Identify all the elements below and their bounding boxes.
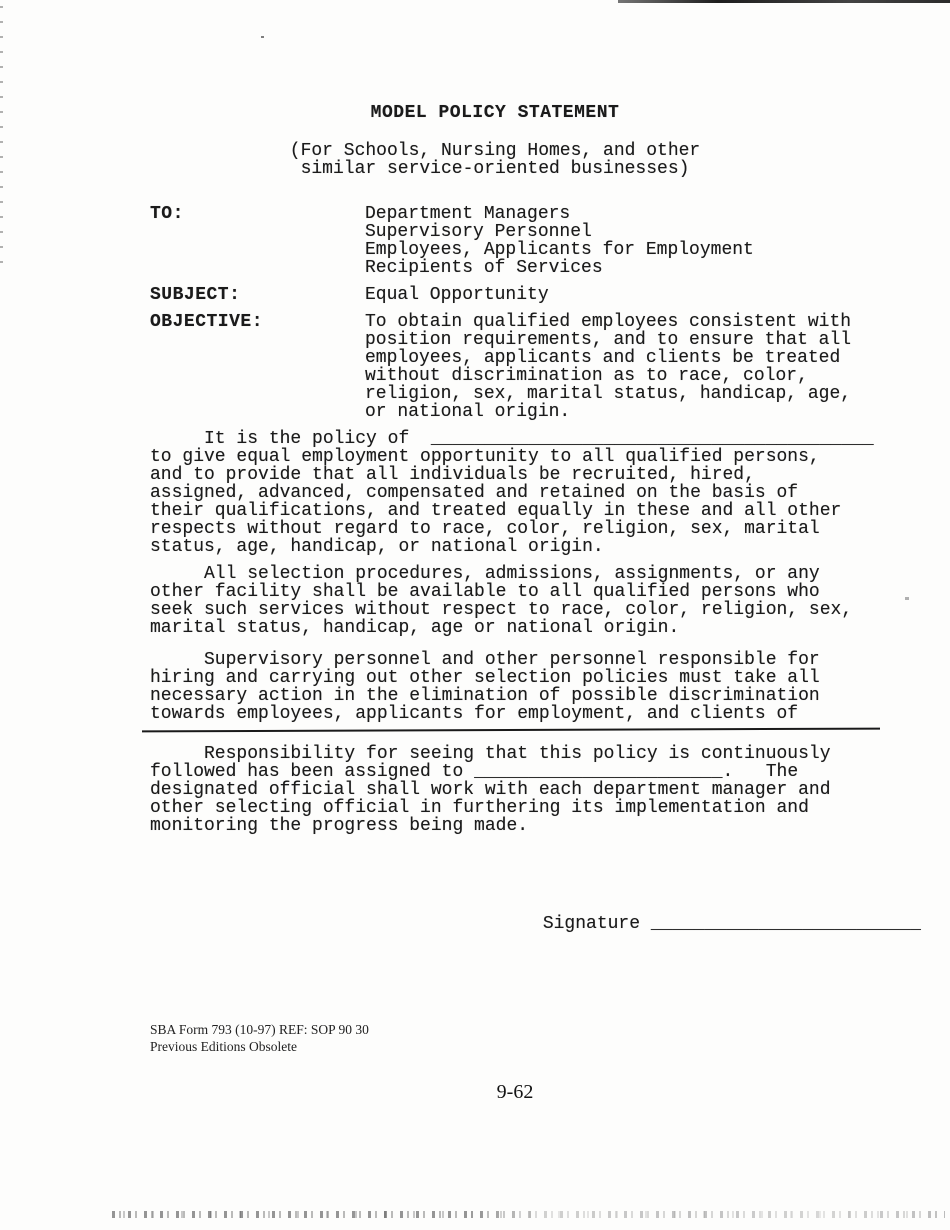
to-value: Department Managers Supervisory Personne… (365, 205, 880, 277)
responsibility-paragraph-body: designated official shall work with each… (150, 781, 880, 835)
page-number: 9-62 (150, 1083, 880, 1101)
to-label: TO: (150, 205, 365, 223)
policy-paragraph-body: to give equal employment opportunity to … (150, 448, 880, 556)
section-divider (142, 728, 880, 733)
page-title: MODEL POLICY STATEMENT (150, 104, 840, 122)
responsibility-line-1: Responsibility for seeing that this poli… (150, 745, 880, 763)
organization-name-blank-field[interactable]: ________________________________________… (431, 429, 874, 449)
signature-label: Signature (543, 914, 651, 934)
scan-artifact-left-edge (0, 6, 3, 266)
selection-procedures-paragraph: All selection procedures, admissions, as… (150, 565, 880, 637)
document-page: MODEL POLICY STATEMENT (For Schools, Nur… (0, 0, 950, 1230)
objective-label: OBJECTIVE: (150, 313, 365, 331)
assigned-to-lead-text: followed has been assigned to (150, 762, 474, 782)
objective-value: To obtain qualified employees consistent… (365, 313, 880, 421)
signature-blank-field[interactable]: _________________________ (651, 914, 921, 934)
subject-label: SUBJECT: (150, 286, 365, 304)
assigned-official-blank-field[interactable]: _______________________ (474, 762, 722, 782)
memo-header: TO: Department Managers Supervisory Pers… (150, 205, 880, 421)
policy-paragraph: It is the policy of ____________________… (150, 430, 880, 556)
document-subtitle: (For Schools, Nursing Homes, and other s… (150, 142, 840, 178)
assigned-to-tail-text: . The (723, 762, 799, 782)
form-number-note: SBA Form 793 (10-97) REF: SOP 90 30 Prev… (150, 1022, 880, 1055)
scan-artifact-noise-band (112, 1211, 945, 1218)
scan-artifact-speck (905, 597, 909, 600)
subject-value: Equal Opportunity (365, 286, 880, 304)
document-content: MODEL POLICY STATEMENT (For Schools, Nur… (150, 0, 880, 1101)
policy-lead-text: It is the policy of (150, 429, 431, 449)
responsibility-paragraph: Responsibility for seeing that this poli… (150, 745, 880, 835)
signature-row: Signature _________________________ (150, 897, 880, 951)
supervisory-personnel-paragraph: Supervisory personnel and other personne… (150, 651, 880, 723)
